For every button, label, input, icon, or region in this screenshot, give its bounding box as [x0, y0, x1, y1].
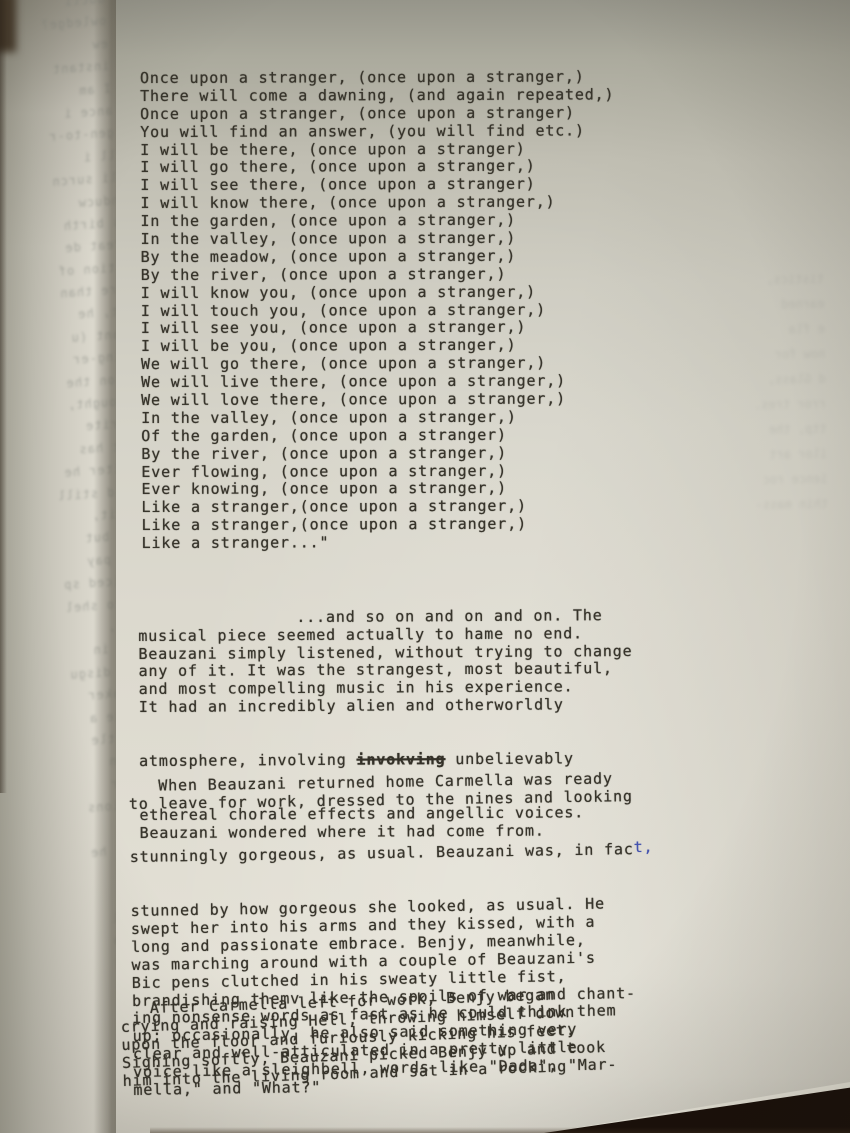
photo-of-open-book: ductiowledge?ewinstantI amance igen-to-r… [0, 0, 850, 1133]
page-show-through-line: thin mass- [678, 492, 828, 520]
page-show-through-line: ience roc [677, 467, 827, 495]
lyric-line: By the river, (once upon a stranger,) [141, 444, 615, 464]
lyric-line: I will know there, (once upon a stranger… [140, 194, 614, 214]
lyric-line: You will find an answer, (you will find … [140, 122, 614, 142]
page-show-through-line: e fla [675, 317, 825, 345]
lyric-line: Like a stranger,(once upon a stranger,) [142, 516, 616, 536]
paragraph-after-carmella: After Carmella left for work, Benjy bega… [120, 985, 607, 1090]
lyric-line: In the valley, (once upon a stranger,) [141, 408, 615, 428]
page-show-through-line: ilor art [677, 442, 827, 470]
text-segment: stunningly gorgeous, as usual. Beauzani … [130, 840, 634, 866]
paragraph-carmella-top: When Beauzani returned home Carmella was… [129, 770, 653, 814]
lyric-line: Like a stranger,(once upon a stranger,) [141, 498, 615, 518]
left-edge-shadow [0, 0, 7, 793]
page-show-through-line: rror tres. [676, 392, 826, 420]
lyric-line: Of the garden, (once upon a stranger) [141, 426, 615, 446]
handwritten-blue-insert: t, [633, 838, 653, 856]
lyric-line: I will touch you, (once upon a stranger,… [141, 301, 615, 321]
lyric-line: In the valley, (once upon a stranger,) [141, 229, 615, 249]
lyric-line: Like a stranger..." [142, 533, 616, 553]
bottom-edge-shadow [150, 1127, 850, 1133]
paragraph-music-top: ...and so on and on and on. Themusical p… [138, 607, 633, 717]
page-show-through-line: d Glass, [676, 367, 826, 395]
lyric-line: In the garden, (once upon a stranger,) [140, 211, 614, 231]
lyric-line: Ever knowing, (once upon a stranger,) [141, 480, 615, 500]
page-show-through-line: earned [674, 292, 824, 320]
lyric-line: By the meadow, (once upon a stranger,) [141, 247, 615, 267]
page-show-through-text: tistics,earnede flanow ford Glass,rror t… [674, 267, 828, 520]
lyric-line: I will go there, (once upon a stranger,) [140, 158, 614, 178]
lyric-line: Ever flowing, (once upon a stranger,) [141, 462, 615, 482]
page-show-through-line: ttp, the [676, 417, 826, 445]
page-show-through-line: tistics, [674, 267, 824, 295]
lyric-line: I will see you, (once upon a stranger,) [141, 319, 615, 339]
page-show-through-line: now for [675, 342, 825, 370]
song-lyrics: Once upon a stranger, (once upon a stran… [140, 68, 616, 553]
lyric-line: We will love there, (once upon a strange… [141, 390, 615, 410]
text-line: It had an incredibly alien and otherworl… [139, 696, 633, 717]
lyric-line: By the river, (once upon a stranger,) [141, 265, 615, 285]
lyric-line: I will be there, (once upon a stranger) [140, 140, 614, 160]
text-line-with-blue-correction: stunningly gorgeous, as usual. Beauzani … [130, 841, 654, 867]
